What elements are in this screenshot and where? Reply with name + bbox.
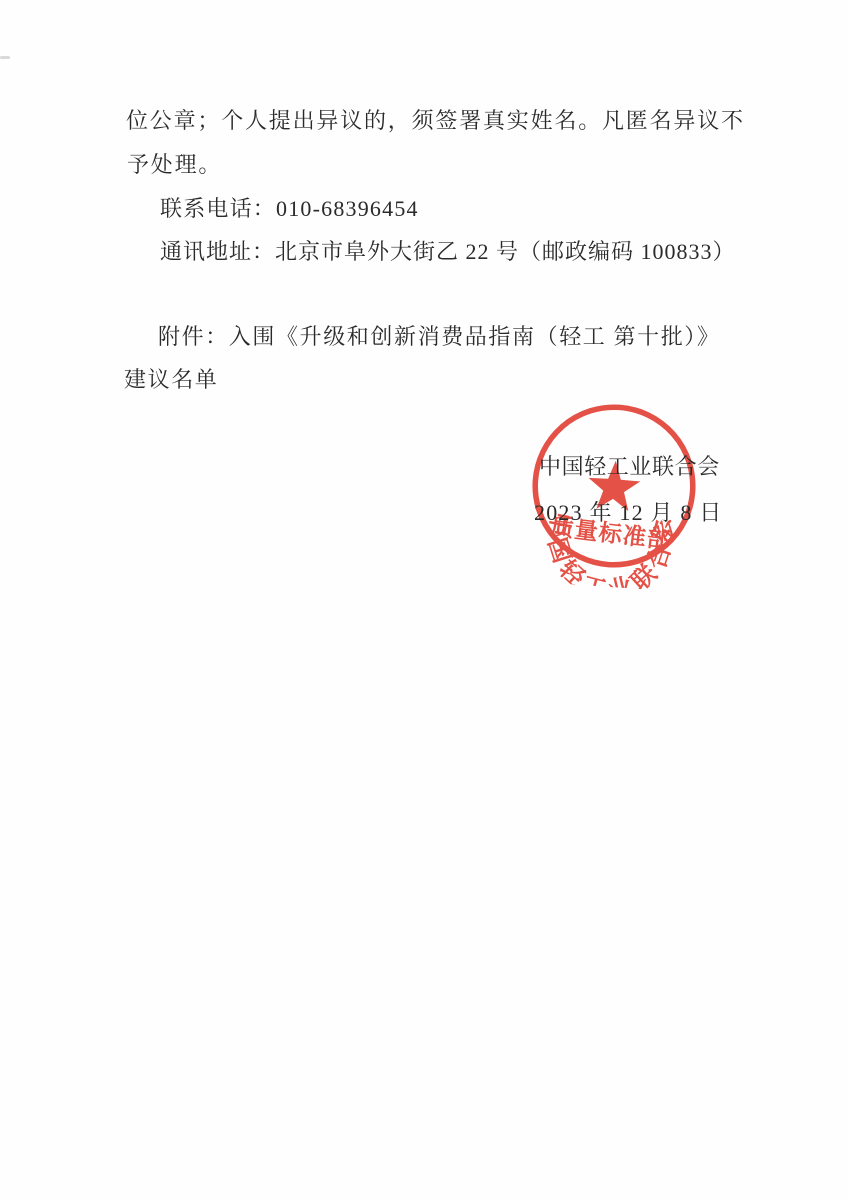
attachment-line-1: 附件：入围《升级和创新消费品指南（轻工 第十批）》 xyxy=(158,323,721,351)
document-page: 位公章；个人提出异议的，须签署真实姓名。凡匿名异议不 予处理。 联系电话：010… xyxy=(0,0,848,1200)
body-line-continuation-1: 位公章；个人提出异议的，须签署真实姓名。凡匿名异议不 xyxy=(126,107,745,135)
signature-date: 2023 年 12 月 8 日 xyxy=(534,499,723,527)
signature-organization: 中国轻工业联合会 xyxy=(539,453,720,481)
attachment-line-2: 建议名单 xyxy=(124,366,218,394)
scan-artifact xyxy=(0,56,10,59)
body-line-continuation-2: 予处理。 xyxy=(127,151,222,179)
official-seal: 中国轻工业联合会 质量标准部 xyxy=(506,378,722,594)
contact-phone-line: 联系电话：010-68396454 xyxy=(160,195,419,223)
contact-address-line: 通讯地址：北京市阜外大街乙 22 号（邮政编码 100833） xyxy=(160,238,736,266)
